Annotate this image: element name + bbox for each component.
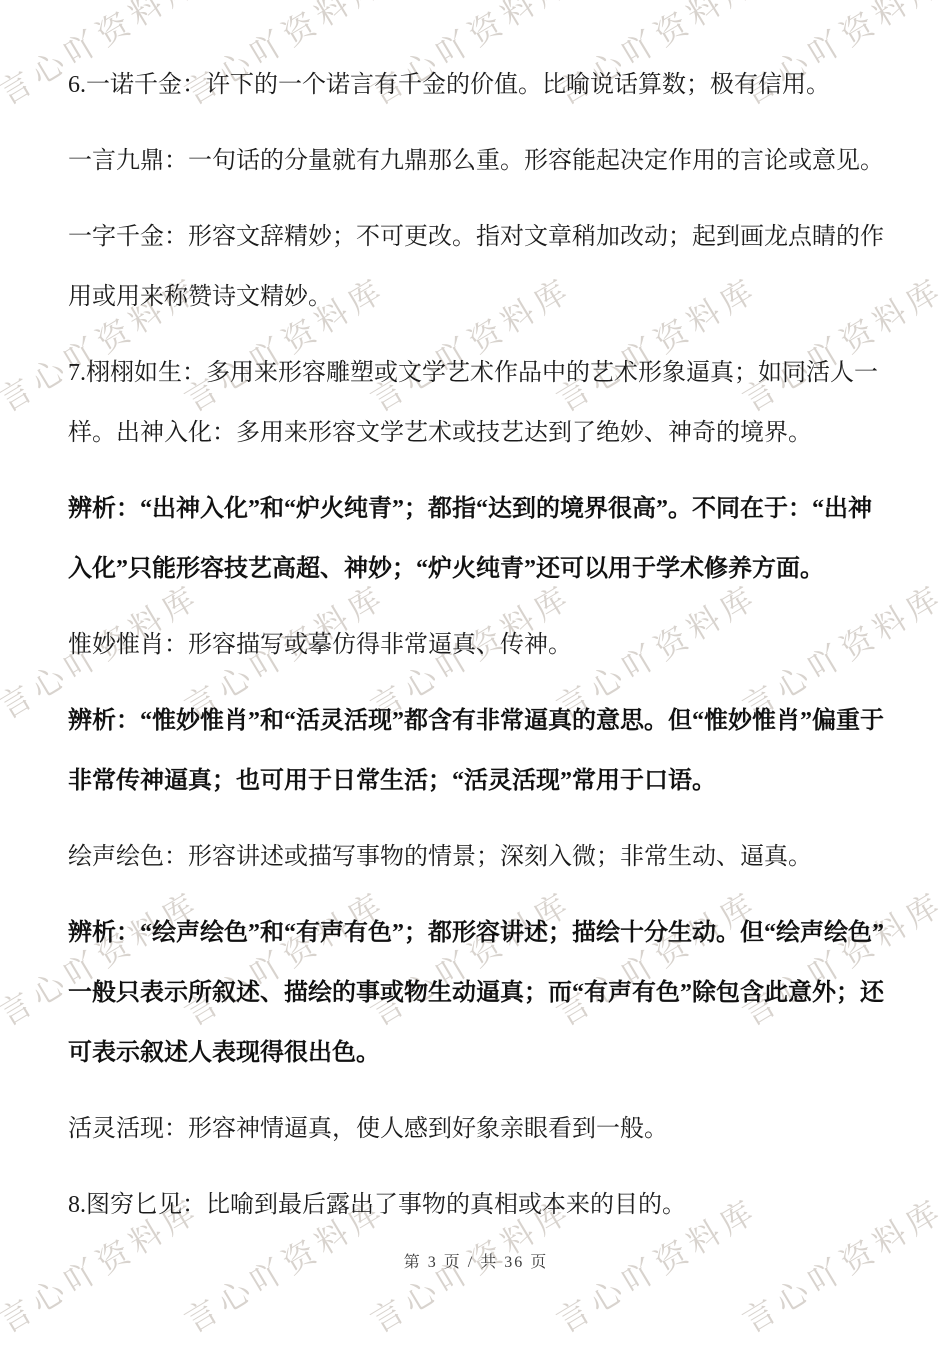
paragraph: 辨析：“出神入化”和“炉火纯青”；都指“达到的境界很高”。不同在于：“出神入化”…: [68, 479, 888, 599]
paragraph: 6.一诺千金：许下的一个诺言有千金的价值。比喻说话算数；极有信用。: [68, 55, 888, 115]
paragraph: 辨析：“惟妙惟肖”和“活灵活现”都含有非常逼真的意思。但“惟妙惟肖”偏重于非常传…: [68, 691, 888, 811]
paragraph: 一字千金：形容文辞精妙；不可更改。指对文章稍加改动；起到画龙点睛的作用或用来称赞…: [68, 207, 888, 327]
paragraph: 绘声绘色：形容讲述或描写事物的情景；深刻入微；非常生动、逼真。: [68, 827, 888, 887]
paragraph: 一言九鼎：一句话的分量就有九鼎那么重。形容能起决定作用的言论或意见。: [68, 131, 888, 191]
page-number: 第 3 页 / 共 36 页: [0, 1251, 952, 1275]
paragraph: 活灵活现：形容神情逼真，使人感到好象亲眼看到一般。: [68, 1099, 888, 1159]
paragraph: 8.图穷匕见：比喻到最后露出了事物的真相或本来的目的。: [68, 1175, 888, 1235]
paragraph: 辨析：“绘声绘色”和“有声有色”；都形容讲述；描绘十分生动。但“绘声绘色”一般只…: [68, 903, 888, 1083]
document-page: 言心吖资料库言心吖资料库言心吖资料库言心吖资料库言心吖资料库言心吖资料库言心吖资…: [0, 0, 952, 1347]
paragraph: 7.栩栩如生：多用来形容雕塑或文学艺术作品中的艺术形象逼真；如同活人一样。出神入…: [68, 343, 888, 463]
document-content: 6.一诺千金：许下的一个诺言有千金的价值。比喻说话算数；极有信用。一言九鼎：一句…: [0, 0, 952, 1235]
paragraph: 惟妙惟肖：形容描写或摹仿得非常逼真、传神。: [68, 615, 888, 675]
